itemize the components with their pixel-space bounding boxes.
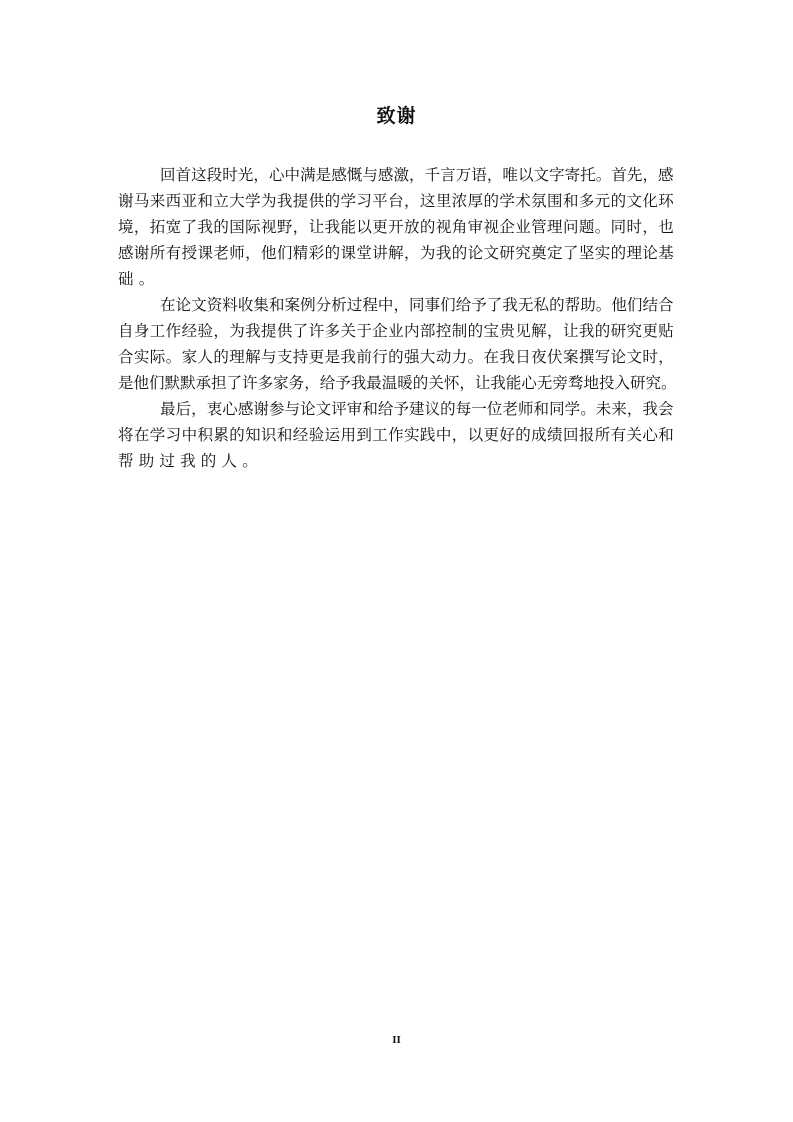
paragraph-1-line-5: 础。	[118, 266, 674, 292]
paragraph-2-line-1: 在论文资料收集和案例分析过程中，同事们给予了我无私的帮助。他们结合	[160, 292, 674, 318]
paragraph-3-line-3: 帮助过我的人。	[118, 448, 674, 474]
paragraph-1-line-2: 谢马来西亚和立大学为我提供的学习平台，这里浓厚的学术氛围和多元的文化环	[118, 188, 674, 214]
paragraph-3-line-1: 最后，衷心感谢参与论文评审和给予建议的每一位老师和同学。未来，我会	[160, 396, 674, 422]
page-title: 致谢	[0, 103, 793, 129]
paragraph-1-line-3: 境，拓宽了我的国际视野，让我能以更开放的视角审视企业管理问题。同时，也	[118, 214, 674, 240]
paragraph-2-line-3: 合实际。家人的理解与支持更是我前行的强大动力。在我日夜伏案撰写论文时，	[118, 344, 674, 370]
paragraph-3-line-2: 将在学习中积累的知识和经验运用到工作实践中，以更好的成绩回报所有关心和	[118, 422, 674, 448]
paragraph-1-line-1: 回首这段时光，心中满是感慨与感激，千言万语，唯以文字寄托。首先，感	[160, 162, 674, 188]
page-number: II	[0, 1034, 793, 1046]
paragraph-2-line-2: 自身工作经验，为我提供了许多关于企业内部控制的宝贵见解，让我的研究更贴	[118, 318, 674, 344]
paragraph-1-line-4: 感谢所有授课老师，他们精彩的课堂讲解，为我的论文研究奠定了坚实的理论基	[118, 240, 674, 266]
paragraph-2-line-4: 是他们默默承担了许多家务，给予我最温暖的关怀，让我能心无旁骛地投入研究。	[118, 370, 674, 396]
